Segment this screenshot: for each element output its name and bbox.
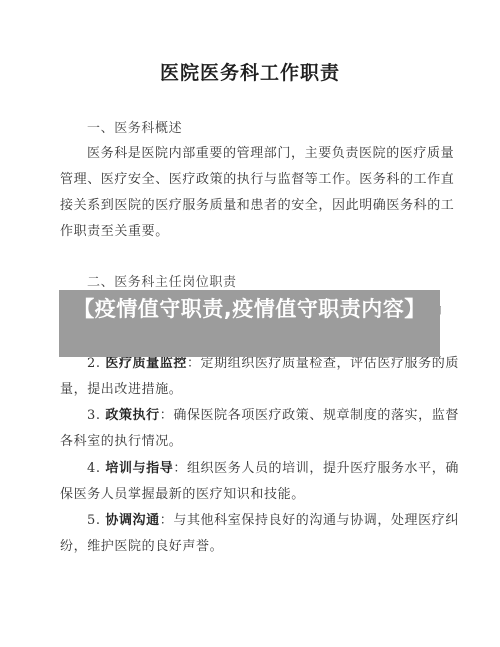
paragraph-line: 作职责至关重要。 [60, 224, 442, 240]
list-item-5-line2: 纷，维护医院的良好声誉。 [60, 539, 442, 555]
document-page: 医院医务科工作职责 一、医务科概述 医务科是医院内部重要的管理部门，主要负责医院… [0, 0, 500, 647]
item-term: 政策执行 [105, 408, 159, 423]
item-number: 3. [87, 408, 101, 423]
list-item-4: 4. 培训与指导：组织医务人员的培训，提升医疗服务水平，确 [87, 461, 442, 477]
item-term: 医疗质量监控 [105, 356, 187, 371]
item-description: ：与其他科室保持良好的沟通与协调，处理医疗纠 [160, 513, 459, 528]
item-description: ：组织医务人员的培训，提升医疗服务水平，确 [173, 461, 459, 476]
item-number: 4. [87, 461, 101, 476]
list-item-2-line2: 量，提出改进措施。 [60, 382, 442, 398]
list-item-4-line2: 保医务人员掌握最新的医疗知识和技能。 [60, 487, 442, 503]
section-heading-director-duties: 二、医务科主任岗位职责 [87, 275, 469, 291]
item-description: ：定期组织医疗质量检查，评估医疗服务的质 [187, 356, 459, 371]
item-term: 协调沟通 [105, 513, 159, 528]
document-title: 医院医务科工作职责 [0, 58, 500, 85]
title-overlay-banner: 【疫情值守职责,疫情值守职责内容】 [59, 290, 440, 357]
paragraph-line: 接关系到医院的医疗服务质量和患者的安全，因此明确医务科的工 [60, 198, 442, 214]
list-item-3: 3. 政策执行：确保医院各项医疗政策、规章制度的落实，监督 [87, 408, 442, 424]
item-number: 5. [87, 513, 101, 528]
list-item-3-line2: 各科室的执行情况。 [60, 434, 442, 450]
section-heading-overview: 一、医务科概述 [87, 121, 469, 137]
item-number: 2. [87, 356, 101, 371]
item-term: 培训与指导 [105, 461, 173, 476]
item-description: ：确保医院各项医疗政策、规章制度的落实，监督 [160, 408, 459, 423]
list-item-5: 5. 协调沟通：与其他科室保持良好的沟通与协调，处理医疗纠 [87, 513, 442, 529]
paragraph-line: 管理、医疗安全、医疗政策的执行与监督等工作。医务科的工作直 [60, 172, 442, 188]
paragraph-line: 医务科是医院内部重要的管理部门，主要负责医院的医疗质量 [87, 146, 442, 162]
list-item-2: 2. 医疗质量监控：定期组织医疗质量检查，评估医疗服务的质 [87, 356, 442, 372]
overlay-banner-text: 【疫情值守职责,疫情值守职责内容】 [59, 296, 440, 323]
